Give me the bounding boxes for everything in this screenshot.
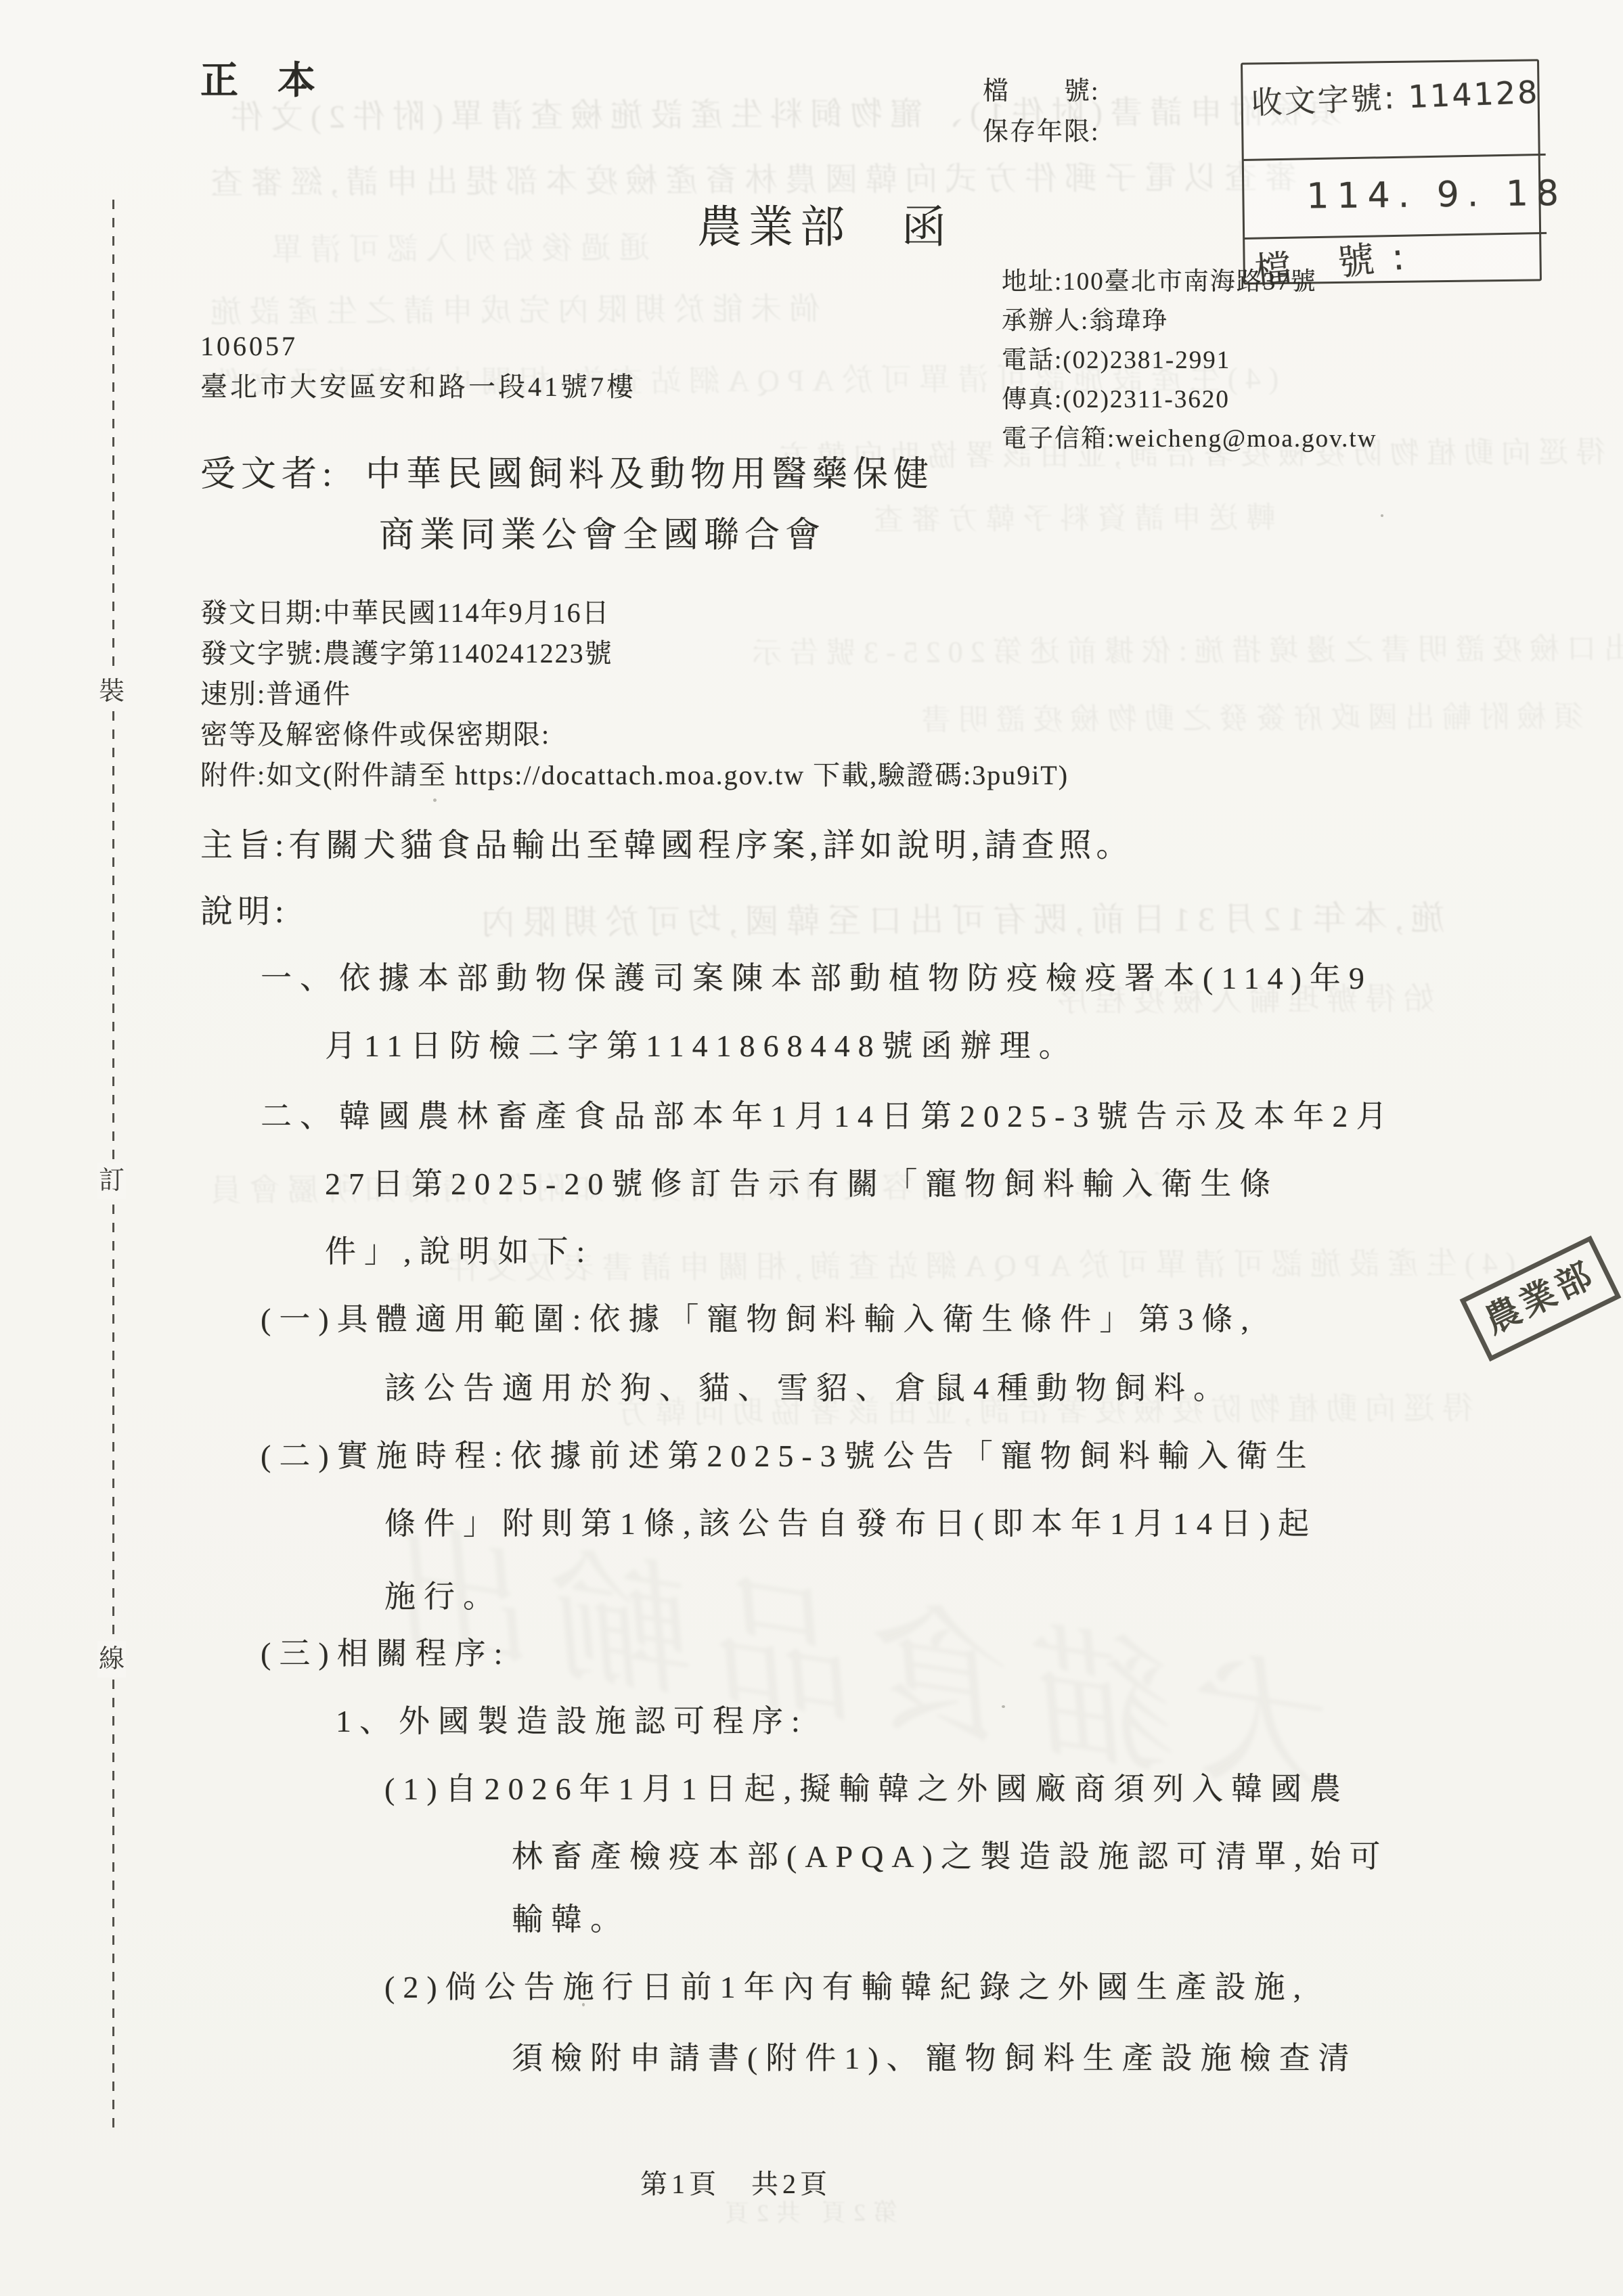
body-line: 輸韓。 (512, 1904, 629, 1935)
body-line: 1、外國製造設施認可程序: (336, 1706, 808, 1737)
body-line: (三)相關程序: (261, 1638, 510, 1669)
recipient-label: 受文者: (200, 457, 337, 493)
bleedthrough-line: 須檢附申請書(附件1)、寵物飼料生產設施檢查清單(附件2)文件 (223, 96, 1342, 135)
body-line: 該公告適用於狗、貓、雪貂、倉鼠4種動物飼料。 (384, 1373, 1232, 1404)
retention-period-label: 保存年限: (983, 119, 1100, 145)
scan-speck (582, 2003, 585, 2006)
page-footer: 第1頁 共2頁 (640, 2171, 831, 2198)
body-line: 林畜產檢疫本部(APQA)之製造設施認可清單,始可 (512, 1841, 1388, 1872)
dispatch-date: 發文日期:中華民國114年9月16日 (200, 600, 610, 627)
dispatch-number: 發文字號:農護字第1140241223號 (200, 640, 613, 667)
explanation-label: 說明: (200, 896, 288, 928)
binding-mark-ding: 訂 (97, 1163, 126, 1199)
contact-fax: 傳真:(02)2311-3620 (1002, 387, 1230, 412)
contact-person: 承辦人:翁瑋琤 (1002, 309, 1168, 334)
body-line: 二、韓國農林畜產食品部本年1月14日第2025-3號告示及本年2月 (261, 1101, 1395, 1132)
scan-speck (1002, 1705, 1005, 1708)
body-line: 27日第2025-20號修訂告示有關「寵物飼料輸入衛生條 (325, 1169, 1279, 1200)
receipt-date-stamp: 收文字號: 114128 114. 9. 18 檔 號: (1241, 59, 1542, 284)
body-line: (二)實施時程:依據前述第2025-3號公告「寵物飼料輸入衛生 (261, 1441, 1315, 1472)
binding-mark-zhuang: 裝 (97, 673, 126, 710)
recipient-name-line2: 商業同業公會全國聯合會 (379, 518, 826, 554)
body-line: (一)具體適用範圍:依據「寵物飼料輸入衛生條件」第3條, (261, 1304, 1257, 1335)
body-line: 件」,說明如下: (325, 1236, 593, 1267)
receipt-number: 收文字號: 114128 (1251, 76, 1540, 118)
body-line: 月11日防檢二字第1141868448號函辦理。 (325, 1031, 1078, 1062)
bleedthrough-footer: 第2頁 共2頁 (717, 2200, 897, 2225)
body-line: (1)自2026年1月1日起,擬輸韓之外國廠商須列入韓國農 (384, 1774, 1349, 1805)
security-class: 密等及解密條件或保密期限: (200, 721, 550, 748)
bleedthrough-line: 轉送申請資料予韓方審查 (866, 503, 1276, 535)
contact-email: 電子信箱:weicheng@moa.gov.tw (1002, 426, 1377, 451)
subject-line: 主旨:有關犬貓食品輸出至韓國程序案,詳如說明,請查照。 (200, 830, 1133, 862)
body-line: 施行。 (384, 1581, 502, 1613)
document-type: 函 (902, 191, 953, 255)
file-number-label: 檔 號: (983, 78, 1100, 104)
issuing-agency: 農業部 (697, 191, 851, 255)
agency-address: 地址:100臺北市南海路37號 (1002, 269, 1317, 294)
bleedthrough-line: 通過後始列入認可清單 (264, 233, 650, 266)
receipt-date: 114. 9. 18 (1306, 176, 1567, 215)
bleedthrough-line: 須檢附輸出國政府簽發之動物檢疫證明書 (914, 702, 1584, 735)
speed-class: 速別:普通件 (200, 681, 351, 708)
body-line: 條件」附則第1條,該公告自發布日(即本年1月14日)起 (384, 1508, 1317, 1539)
stamp-divider (1243, 154, 1546, 161)
bleedthrough-line: 2、出口檢疫證明書之邊境措施:依據前述第2025-3號告示 (744, 633, 1623, 668)
attachment-note: 附件:如文(附件請至 https://docattach.moa.gov.tw … (200, 762, 1069, 789)
body-line: 須檢附申請書(附件1)、寵物飼料生產設施檢查清 (512, 2043, 1358, 2074)
binding-mark-xian: 線 (97, 1641, 126, 1678)
recipient-name-line1: 中華民國飼料及動物用醫藥保健 (365, 457, 934, 493)
scan-speck (1381, 514, 1383, 517)
ministry-seal-stamp: 農業部 (1460, 1236, 1622, 1361)
body-line: (2)倘公告施行日前1年內有輸韓紀錄之外國生產設施, (384, 1972, 1309, 2003)
body-line: 一、依據本部動物保護司案陳本部動植物防疫檢疫署本(114)年9 (261, 963, 1373, 994)
copy-type-label: 正本 (200, 62, 355, 100)
recipient-street-address: 臺北市大安區安和路一段41號7樓 (200, 374, 636, 401)
bleedthrough-line: 施,本年12月31日前,既有可出口至韓國,均可於期限內 (474, 901, 1445, 940)
bleedthrough-line: (4)生產設施認可清單可於APQA網站查詢,相關申請書表及文件 (440, 1248, 1516, 1284)
bleedthrough-line: 倘未能於期限內完成申請之生產設施 (203, 294, 820, 328)
contact-phone: 電話:(02)2381-2991 (1002, 348, 1230, 373)
recipient-postal-code: 106057 (200, 333, 298, 360)
scan-speck (433, 798, 437, 802)
scanned-document-page: 須檢附申請書(附件1)、寵物飼料生產設施檢查清單(附件2)文件 審查以電子郵件方… (0, 0, 1623, 2296)
document-title: 農業部 函 (697, 191, 953, 255)
